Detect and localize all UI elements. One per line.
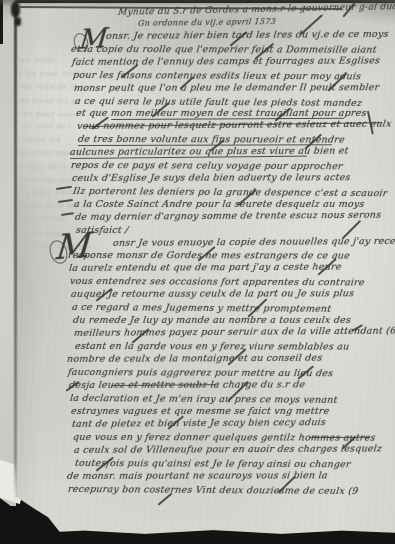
manuscript-text-line: onsr Je vous enuoye la copie des nouuell… [112,235,395,248]
manuscript-text-line: onsr. Je receuz hier bien tard les lres … [105,29,389,42]
manuscript-text-line: Ilz porteront les deniers po la grande d… [72,186,388,199]
manuscript-text-line: la aurelz entendu et que de ma part j'ay… [68,262,342,274]
manuscript-text-line: et la copie du roolle que l'emperier fei… [70,44,377,56]
bleedthrough-line: mons les pour vous de la part que nous a… [17,214,65,223]
manuscript-text-line: estant en la garde vous en y ferez viure… [74,341,350,353]
manuscript-text-line: toutesfois puis qu'ainsi est Je le feray… [74,458,351,470]
bleedthrough-line: les pour vous de la part que nous auons [21,109,75,119]
ink-smudge [11,2,20,17]
manuscript-text-line: tant de pietez et bien viste Je scay bie… [71,417,326,430]
manuscript-text-line: faict mention de l'ennuy des camps et fo… [71,55,380,68]
manuscript-text-line: a la Coste Sainct Andre pour la seurete … [73,199,365,210]
bleedthrough-line: vous de la part que nous auons [22,201,75,210]
manuscript-text-line: faucongniers puis aggreerez pour mettre … [67,367,333,379]
manuscript-text-line: a ceulx sol de Villeneufue pour en auoir… [73,443,382,456]
bleedthrough-line: es pour vous de la part que nous auons [21,187,79,197]
bottom-scan-edge [0,531,395,544]
manuscript-text-line: estraynes vagues et que mesme se faict v… [70,406,330,417]
manuscript-text-line: repos de ce pays et sera celuy voyage po… [70,160,343,172]
bleedthrough-line: ces mons les pour vous de la part que no… [17,55,57,65]
manuscript-text-line: de may dernier d'argnoy somme de trente … [74,209,381,222]
bleedthrough-line: es mons les pour vous de la part que nou… [20,96,79,106]
manuscript-text-line: du remede Je luy ay mande au nombre a to… [72,315,351,326]
ink-smudge [15,17,21,26]
manuscript-text-line: nombre de ceulx de la montaigne et au co… [66,353,323,365]
bleedthrough-line: s mons les pour vous de la part que nous… [17,135,61,144]
manuscript-text-line: pour les faisons contenues esdits lieux … [72,70,362,82]
manuscript-text-line: vous entendrez ses occasions fort appare… [69,276,365,288]
manuscript-text-line: a ce qui sera le plus utile fault que le… [74,96,363,109]
manuscript-text-line: la declaration et Je m'en iray au pres c… [69,393,338,406]
bleedthrough-line: ur vous de la part que nous auons [22,121,71,131]
manuscript-text-line: a ce regard a mes Jugemens y mettre prom… [71,302,332,315]
manuscript-text-line: auquel Je retourne aussy ceulx de la par… [70,289,354,301]
bleedthrough-line: s pour vous de la part que nous auons [18,228,61,237]
manuscript-text-line: ceulx d'Esglise Je suys dela bien aduert… [71,172,351,184]
manuscript-text-line: recepuray bon costernes Vint deux douzie… [67,484,359,497]
binding-crease [14,0,17,502]
manuscript-scan: ces mons les pour vous de la part que no… [0,0,395,544]
